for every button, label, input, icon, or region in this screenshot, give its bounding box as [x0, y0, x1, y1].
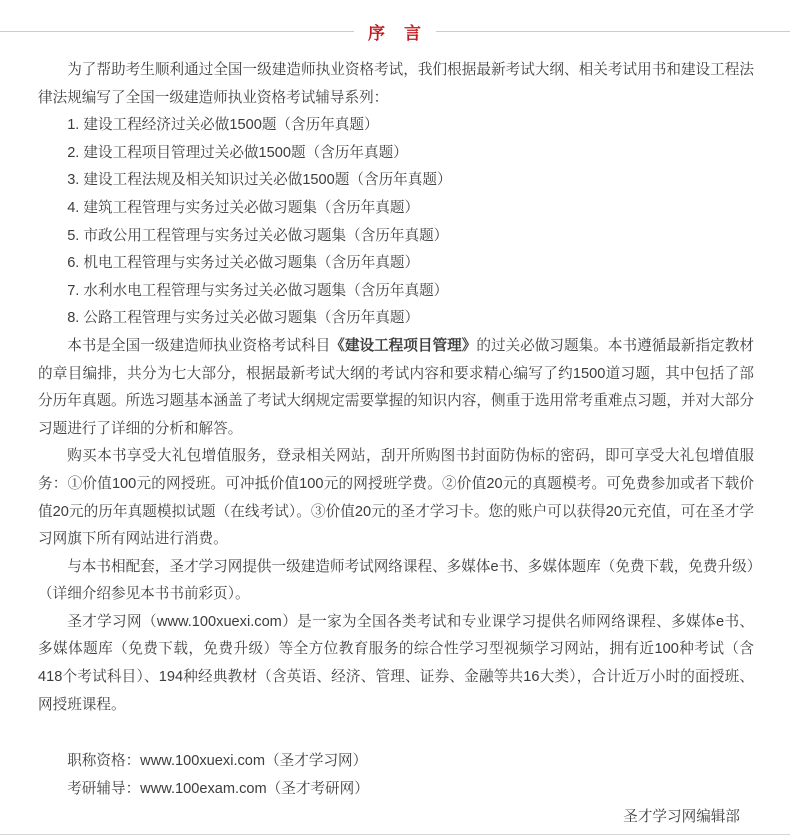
companion-services-paragraph: 与本书相配套，圣才学习网提供一级建造师考试网络课程、多媒体e书、多媒体题库（免费… [38, 554, 754, 609]
preface-footer: 职称资格：www.100xuexi.com（圣才学习网） 考研辅导：www.10… [38, 747, 754, 831]
book-description-paragraph: 本书是全国一级建造师执业资格考试科目《建设工程项目管理》的过关必做习题集。本书遵… [38, 333, 754, 443]
series-item-8: 8. 公路工程管理与实务过关必做习题集（含历年真题） [38, 305, 754, 333]
series-item-4: 4. 建筑工程管理与实务过关必做习题集（含历年真题） [38, 195, 754, 223]
book-description-lead: 本书是全国一级建造师执业资格考试科目 [67, 338, 330, 354]
header-rule-left [0, 31, 354, 32]
preface-body: 为了帮助考生顺利通过全国一级建造师执业资格考试，我们根据最新考试大纲、相关考试用… [38, 57, 754, 719]
series-item-1: 1. 建设工程经济过关必做1500题（含历年真题） [38, 112, 754, 140]
contact-line-kaoyan: 考研辅导：www.100exam.com（圣才考研网） [38, 775, 754, 803]
gift-package-paragraph: 购买本书享受大礼包增值服务，登录相关网站，刮开所购图书封面防伪标的密码，即可享受… [38, 443, 754, 553]
contact-line-zhicheng: 职称资格：www.100xuexi.com（圣才学习网） [38, 747, 754, 775]
page-title: 序 言 [354, 19, 436, 44]
series-item-6: 6. 机电工程管理与实务过关必做习题集（含历年真题） [38, 250, 754, 278]
book-title: 《建设工程项目管理》 [330, 338, 476, 354]
intro-paragraph: 为了帮助考生顺利通过全国一级建造师执业资格考试，我们根据最新考试大纲、相关考试用… [38, 57, 754, 112]
preface-page: 序 言 为了帮助考生顺利通过全国一级建造师执业资格考试，我们根据最新考试大纲、相… [0, 0, 790, 836]
header-rule-right [436, 31, 790, 32]
series-item-7: 7. 水利水电工程管理与实务过关必做习题集（含历年真题） [38, 278, 754, 306]
series-list: 1. 建设工程经济过关必做1500题（含历年真题） 2. 建设工程项目管理过关必… [38, 112, 754, 333]
website-intro-paragraph: 圣才学习网（www.100xuexi.com）是一家为全国各类考试和专业课学习提… [38, 609, 754, 719]
bottom-divider [0, 834, 790, 835]
series-item-2: 2. 建设工程项目管理过关必做1500题（含历年真题） [38, 140, 754, 168]
editorial-signature: 圣才学习网编辑部 [38, 803, 754, 831]
series-item-3: 3. 建设工程法规及相关知识过关必做1500题（含历年真题） [38, 167, 754, 195]
series-item-5: 5. 市政公用工程管理与实务过关必做习题集（含历年真题） [38, 223, 754, 251]
preface-header: 序 言 [0, 0, 790, 44]
